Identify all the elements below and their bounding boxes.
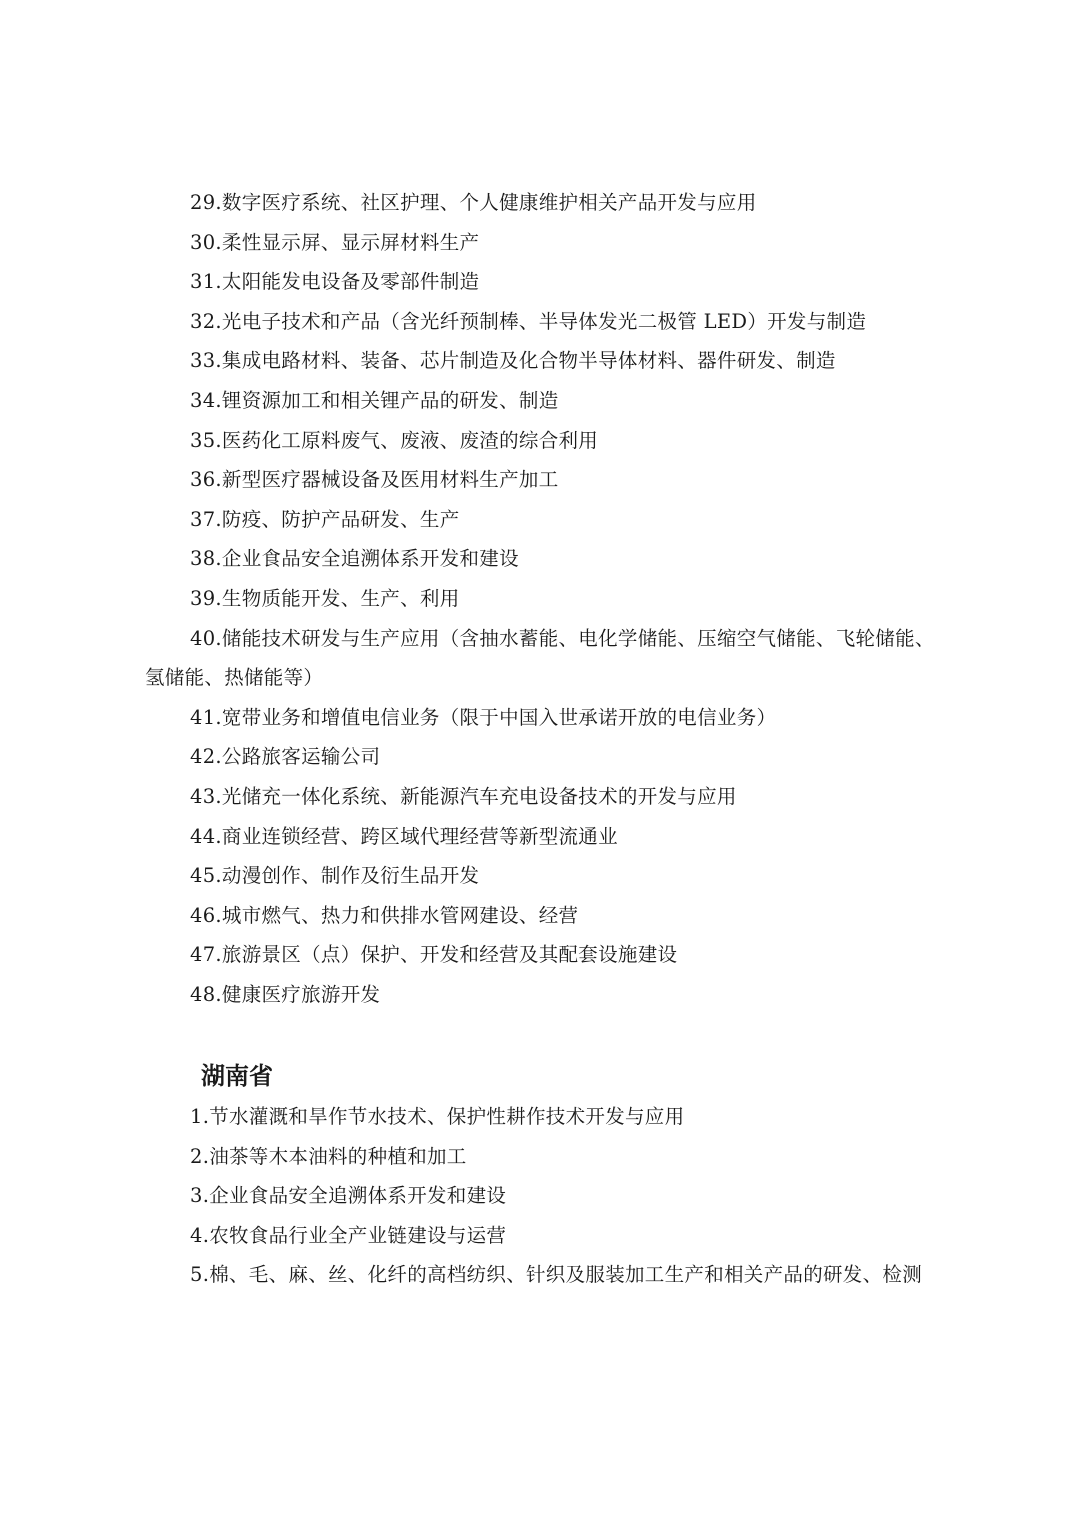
list-item: 40.储能技术研发与生产应用（含抽水蓄能、电化学储能、压缩空气储能、飞轮储能、氢…	[145, 619, 945, 698]
list-item: 5.棉、毛、麻、丝、化纤的高档纺织、针织及服装加工生产和相关产品的研发、检测	[145, 1255, 945, 1295]
continued-list: 29.数字医疗系统、社区护理、个人健康维护相关产品开发与应用 30.柔性显示屏、…	[145, 183, 945, 1014]
list-item: 4.农牧食品行业全产业链建设与运营	[145, 1216, 945, 1256]
list-item: 33.集成电路材料、装备、芯片制造及化合物半导体材料、器件研发、制造	[145, 341, 945, 381]
list-item: 36.新型医疗器械设备及医用材料生产加工	[145, 460, 945, 500]
list-item: 3.企业食品安全追溯体系开发和建设	[145, 1176, 945, 1216]
list-item: 2.油茶等木本油料的种植和加工	[145, 1137, 945, 1177]
list-item: 43.光储充一体化系统、新能源汽车充电设备技术的开发与应用	[145, 777, 945, 817]
list-item: 41.宽带业务和增值电信业务（限于中国入世承诺开放的电信业务）	[145, 698, 945, 738]
list-item: 47.旅游景区（点）保护、开发和经营及其配套设施建设	[145, 935, 945, 975]
list-item: 48.健康医疗旅游开发	[145, 975, 945, 1015]
list-item: 32.光电子技术和产品（含光纤预制棒、半导体发光二极管 LED）开发与制造	[145, 302, 945, 342]
list-item: 31.太阳能发电设备及零部件制造	[145, 262, 945, 302]
section-heading-hunan: 湖南省	[201, 1056, 273, 1096]
list-item: 38.企业食品安全追溯体系开发和建设	[145, 539, 945, 579]
document-page: 29.数字医疗系统、社区护理、个人健康维护相关产品开发与应用 30.柔性显示屏、…	[0, 0, 1074, 1520]
list-item: 39.生物质能开发、生产、利用	[145, 579, 945, 619]
list-item: 37.防疫、防护产品研发、生产	[145, 500, 945, 540]
list-item: 42.公路旅客运输公司	[145, 737, 945, 777]
list-item: 30.柔性显示屏、显示屏材料生产	[145, 223, 945, 263]
list-item: 29.数字医疗系统、社区护理、个人健康维护相关产品开发与应用	[145, 183, 945, 223]
list-item: 35.医药化工原料废气、废液、废渣的综合利用	[145, 421, 945, 461]
list-item: 46.城市燃气、热力和供排水管网建设、经营	[145, 896, 945, 936]
list-item: 44.商业连锁经营、跨区域代理经营等新型流通业	[145, 817, 945, 857]
list-item: 1.节水灌溉和旱作节水技术、保护性耕作技术开发与应用	[145, 1097, 945, 1137]
list-item: 34.锂资源加工和相关锂产品的研发、制造	[145, 381, 945, 421]
hunan-list: 1.节水灌溉和旱作节水技术、保护性耕作技术开发与应用 2.油茶等木本油料的种植和…	[145, 1097, 945, 1295]
list-item: 45.动漫创作、制作及衍生品开发	[145, 856, 945, 896]
